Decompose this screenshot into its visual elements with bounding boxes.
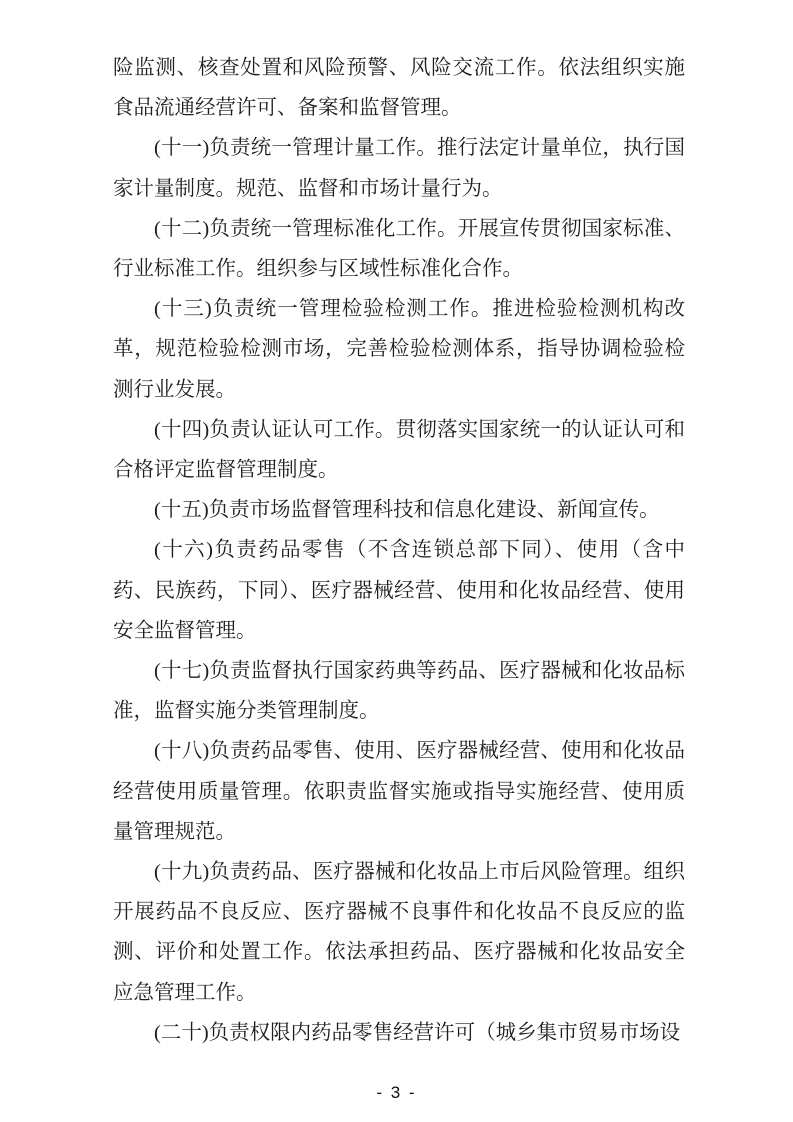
paragraph: (十八)负责药品零售、使用、医疗器械经营、使用和化妆品经营使用质量管理。依职责监…: [113, 731, 685, 852]
paragraph: (十三)负责统一管理检验检测工作。推进检验检测机构改革，规范检验检测市场，完善检…: [113, 289, 685, 410]
paragraph: (十一)负责统一管理计量工作。推行法定计量单位，执行国家计量制度。规范、监督和市…: [113, 128, 685, 208]
paragraph: 险监测、核查处置和风险预警、风险交流工作。依法组织实施食品流通经营许可、备案和监…: [113, 48, 685, 128]
paragraph: (十四)负责认证认可工作。贯彻落实国家统一的认证认可和合格评定监督管理制度。: [113, 410, 685, 490]
page-number: - 3 -: [376, 1083, 416, 1102]
paragraph: (十六)负责药品零售（不含连锁总部下同）、使用（含中药、民族药，下同）、医疗器械…: [113, 530, 685, 651]
paragraph: (十二)负责统一管理标准化工作。开展宣传贯彻国家标准、行业标准工作。组织参与区域…: [113, 209, 685, 289]
document-page: 险监测、核查处置和风险预警、风险交流工作。依法组织实施食品流通经营许可、备案和监…: [0, 0, 793, 1122]
paragraph: (十七)负责监督执行国家药典等药品、医疗器械和化妆品标准，监督实施分类管理制度。: [113, 651, 685, 731]
document-body: 险监测、核查处置和风险预警、风险交流工作。依法组织实施食品流通经营许可、备案和监…: [113, 48, 685, 1053]
paragraph: (十九)负责药品、医疗器械和化妆品上市后风险管理。组织开展药品不良反应、医疗器械…: [113, 852, 685, 1013]
paragraph: (十五)负责市场监督管理科技和信息化建设、新闻宣传。: [113, 490, 685, 530]
page-footer: - 3 -: [0, 1083, 793, 1103]
paragraph: (二十)负责权限内药品零售经营许可（城乡集市贸易市场设: [113, 1013, 685, 1053]
